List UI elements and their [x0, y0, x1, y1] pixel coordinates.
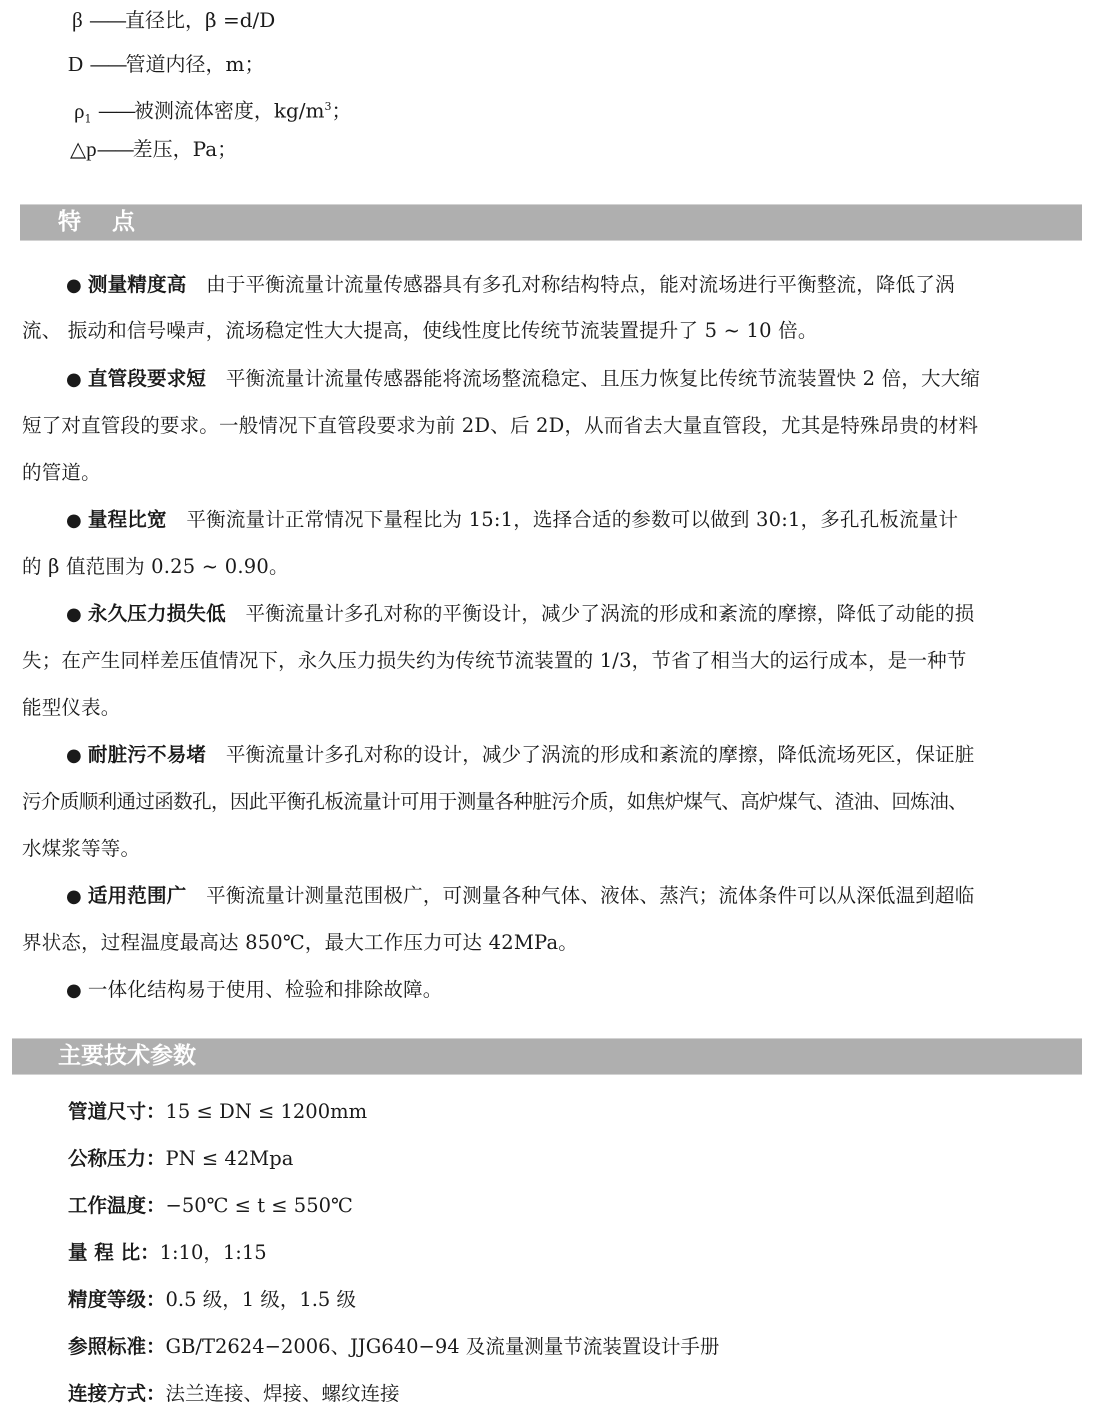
feature-text-line: 的 β 值范围为 0.25 ~ 0.90。	[22, 553, 289, 581]
feature-lead: 直管段要求短	[88, 367, 206, 390]
variable-dash: ——	[97, 137, 133, 161]
bullet-icon: ●	[66, 886, 82, 907]
spec-working-temperature: 工作温度：−50℃ ≤ t ≤ 550℃	[68, 1192, 353, 1220]
variable-tail: ；	[331, 99, 351, 123]
spec-accuracy-class: 精度等级：0.5 级，1 级，1.5 级	[68, 1286, 356, 1314]
feature-item-accuracy: ●测量精度高 由于平衡流量计流量传感器具有多孔对称结构特点，能对流场进行平衡整流…	[66, 271, 955, 300]
feature-text: 平衡流量计多孔对称的设计，减少了涡流的形成和紊流的摩擦，降低流场死区，保证脏	[226, 743, 975, 766]
feature-text-line: 短了对直管段的要求。一般情况下直管段要求为前 2D、后 2D，从而省去大量直管段…	[22, 412, 978, 440]
spec-label: 工作温度：	[68, 1194, 166, 1217]
spec-value: 15 ≤ DN ≤ 1200mm	[166, 1100, 368, 1123]
variable-desc: 差压，Pa；	[133, 137, 237, 161]
feature-text: 平衡流量计测量范围极广，可测量各种气体、液体、蒸汽；流体条件可以从深低温到超临	[206, 884, 974, 907]
bullet-icon: ●	[66, 510, 82, 531]
feature-text: 平衡流量计正常情况下量程比为 15:1，选择合适的参数可以做到 30:1，多孔孔…	[186, 508, 958, 531]
feature-lead: 耐脏污不易堵	[88, 743, 206, 766]
spec-value: 1:10，1:15	[160, 1241, 267, 1264]
feature-item-range: ●量程比宽 平衡流量计正常情况下量程比为 15:1，选择合适的参数可以做到 30…	[66, 506, 958, 535]
spec-nominal-pressure: 公称压力：PN ≤ 42Mpa	[68, 1145, 293, 1173]
feature-lead: 适用范围广	[88, 884, 187, 907]
spec-value: 法兰连接、焊接、螺纹连接	[166, 1382, 400, 1405]
feature-text: 平衡流量计多孔对称的平衡设计，减少了涡流的形成和紊流的摩擦，降低了动能的损	[246, 602, 975, 625]
variable-symbol: D	[68, 50, 83, 78]
variable-symbol: ρ	[74, 97, 84, 125]
feature-item-wide-application: ●适用范围广 平衡流量计测量范围极广，可测量各种气体、液体、蒸汽；流体条件可以从…	[66, 882, 974, 911]
feature-text-line: 的管道。	[22, 459, 101, 487]
feature-text-line: 流、 振动和信号噪声，流场稳定性大大提高，使线性度比传统节流装置提升了 5 ~ …	[22, 317, 818, 345]
variable-desc: 管道内径，m；	[126, 52, 265, 76]
bullet-icon: ●	[66, 980, 82, 1001]
variable-desc: 被测流体密度，kg/m	[134, 99, 325, 123]
spec-label: 量 程 比：	[68, 1241, 160, 1264]
variable-symbol: △p	[70, 135, 97, 163]
spec-pipe-size: 管道尺寸：15 ≤ DN ≤ 1200mm	[68, 1098, 367, 1126]
feature-lead: 量程比宽	[88, 508, 167, 531]
features-section-title: 特 点	[58, 205, 139, 239]
spec-value: PN ≤ 42Mpa	[166, 1147, 294, 1170]
variable-desc: 直径比，β =d/D	[125, 8, 275, 32]
feature-text-line: 能型仪表。	[22, 694, 121, 722]
spec-label: 参照标准：	[68, 1335, 166, 1358]
spec-value: 0.5 级，1 级，1.5 级	[166, 1288, 357, 1311]
variable-d: D ——管道内径，m；	[68, 50, 265, 78]
bullet-icon: ●	[66, 604, 82, 625]
feature-lead: 测量精度高	[88, 273, 187, 296]
features-section-header	[20, 204, 1082, 241]
feature-text: 由于平衡流量计流量传感器具有多孔对称结构特点，能对流场进行平衡整流，降低了涡	[206, 273, 955, 296]
feature-text: 一体化结构易于使用、检验和排除故障。	[88, 978, 443, 1001]
variable-dash: ——	[89, 8, 125, 32]
feature-item-anti-clog: ●耐脏污不易堵 平衡流量计多孔对称的设计，减少了涡流的形成和紊流的摩擦，降低流场…	[66, 741, 974, 770]
variable-dash: ——	[98, 99, 134, 123]
variable-rho: ρ1 ——被测流体密度，kg/m3；	[74, 93, 351, 134]
spec-value: GB/T2624−2006、JJG640−94 及流量测量节流装置设计手册	[166, 1335, 720, 1358]
feature-text-line: 污介质顺利通过函数孔，因此平衡孔板流量计可用于测量各种脏污介质，如焦炉煤气、高炉…	[22, 788, 967, 816]
spec-value: −50℃ ≤ t ≤ 550℃	[166, 1194, 353, 1217]
feature-item-straight-pipe: ●直管段要求短 平衡流量计流量传感器能将流场整流稳定、且压力恢复比传统节流装置快…	[66, 365, 980, 394]
bullet-icon: ●	[66, 369, 82, 390]
feature-text-line: 失；在产生同样差压值情况下，永久压力损失约为传统节流装置的 1/3，节省了相当大…	[22, 647, 967, 675]
variable-symbol: β	[72, 6, 83, 34]
feature-text-line: 水煤浆等等。	[22, 835, 140, 863]
bullet-icon: ●	[66, 745, 82, 766]
variable-subscript: 1	[84, 113, 91, 126]
variable-dash: ——	[90, 52, 126, 76]
spec-turndown-ratio: 量 程 比：1:10，1:15	[68, 1239, 267, 1267]
feature-item-pressure-loss: ●永久压力损失低 平衡流量计多孔对称的平衡设计，减少了涡流的形成和紊流的摩擦，降…	[66, 600, 974, 629]
spec-label: 公称压力：	[68, 1147, 166, 1170]
spec-reference-standard: 参照标准：GB/T2624−2006、JJG640−94 及流量测量节流装置设计…	[68, 1333, 719, 1361]
specs-section-title: 主要技术参数	[58, 1039, 196, 1073]
feature-lead: 永久压力损失低	[88, 602, 226, 625]
bullet-icon: ●	[66, 275, 82, 296]
variable-beta: β ——直径比，β =d/D	[72, 6, 275, 34]
spec-label: 管道尺寸：	[68, 1100, 166, 1123]
feature-item-integrated: ●一体化结构易于使用、检验和排除故障。	[66, 976, 443, 1005]
variable-delta-p: △p——差压，Pa；	[70, 135, 237, 163]
feature-text-line: 界状态，过程温度最高达 850℃，最大工作压力可达 42MPa。	[22, 929, 578, 957]
spec-label: 精度等级：	[68, 1288, 166, 1311]
spec-label: 连接方式：	[68, 1382, 166, 1405]
spec-connection-type: 连接方式：法兰连接、焊接、螺纹连接	[68, 1380, 400, 1408]
feature-text: 平衡流量计流量传感器能将流场整流稳定、且压力恢复比传统节流装置快 2 倍，大大缩	[226, 367, 980, 390]
